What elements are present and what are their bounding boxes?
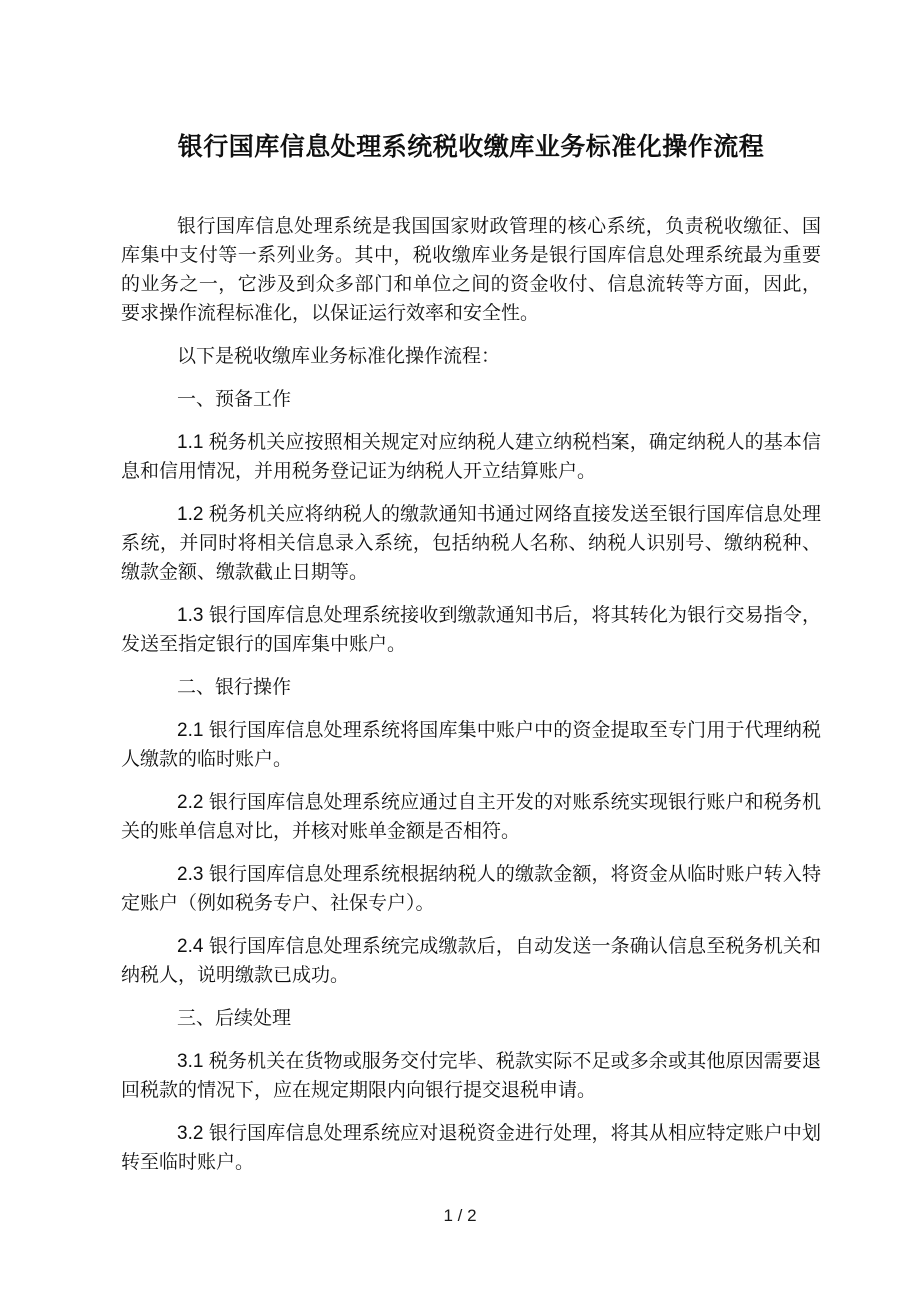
- paragraph-2-1: 2.1 银行国库信息处理系统将国库集中账户中的资金提取至专门用于代理纳税人缴款的…: [121, 716, 821, 774]
- section-heading-3: 三、后续处理: [121, 1004, 821, 1033]
- document-content: 银行国库信息处理系统税收缴库业务标准化操作流程 银行国库信息处理系统是我国国家财…: [121, 130, 821, 1191]
- section-heading-2: 二、银行操作: [121, 673, 821, 702]
- page-footer: 1 / 2: [0, 1204, 920, 1228]
- page-number: 1 / 2: [443, 1206, 476, 1225]
- paragraph-lead-in: 以下是税收缴库业务标准化操作流程：: [121, 342, 821, 371]
- paragraph-1-2: 1.2 税务机关应将纳税人的缴款通知书通过网络直接发送至银行国库信息处理系统，并…: [121, 500, 821, 587]
- paragraph-1-1: 1.1 税务机关应按照相关规定对应纳税人建立纳税档案，确定纳税人的基本信息和信用…: [121, 428, 821, 486]
- document-title: 银行国库信息处理系统税收缴库业务标准化操作流程: [121, 130, 821, 164]
- paragraph-3-2: 3.2 银行国库信息处理系统应对退税资金进行处理，将其从相应特定账户中划转至临时…: [121, 1119, 821, 1177]
- paragraph-2-3: 2.3 银行国库信息处理系统根据纳税人的缴款金额，将资金从临时账户转入特定账户（…: [121, 860, 821, 918]
- paragraph-intro: 银行国库信息处理系统是我国国家财政管理的核心系统，负责税收缴征、国库集中支付等一…: [121, 212, 821, 328]
- section-heading-1: 一、预备工作: [121, 385, 821, 414]
- paragraph-2-2: 2.2 银行国库信息处理系统应通过自主开发的对账系统实现银行账户和税务机关的账单…: [121, 788, 821, 846]
- paragraph-1-3: 1.3 银行国库信息处理系统接收到缴款通知书后，将其转化为银行交易指令，发送至指…: [121, 601, 821, 659]
- document-page: 银行国库信息处理系统税收缴库业务标准化操作流程 银行国库信息处理系统是我国国家财…: [0, 0, 920, 1302]
- paragraph-2-4: 2.4 银行国库信息处理系统完成缴款后，自动发送一条确认信息至税务机关和纳税人，…: [121, 932, 821, 990]
- paragraph-3-1: 3.1 税务机关在货物或服务交付完毕、税款实际不足或多余或其他原因需要退回税款的…: [121, 1047, 821, 1105]
